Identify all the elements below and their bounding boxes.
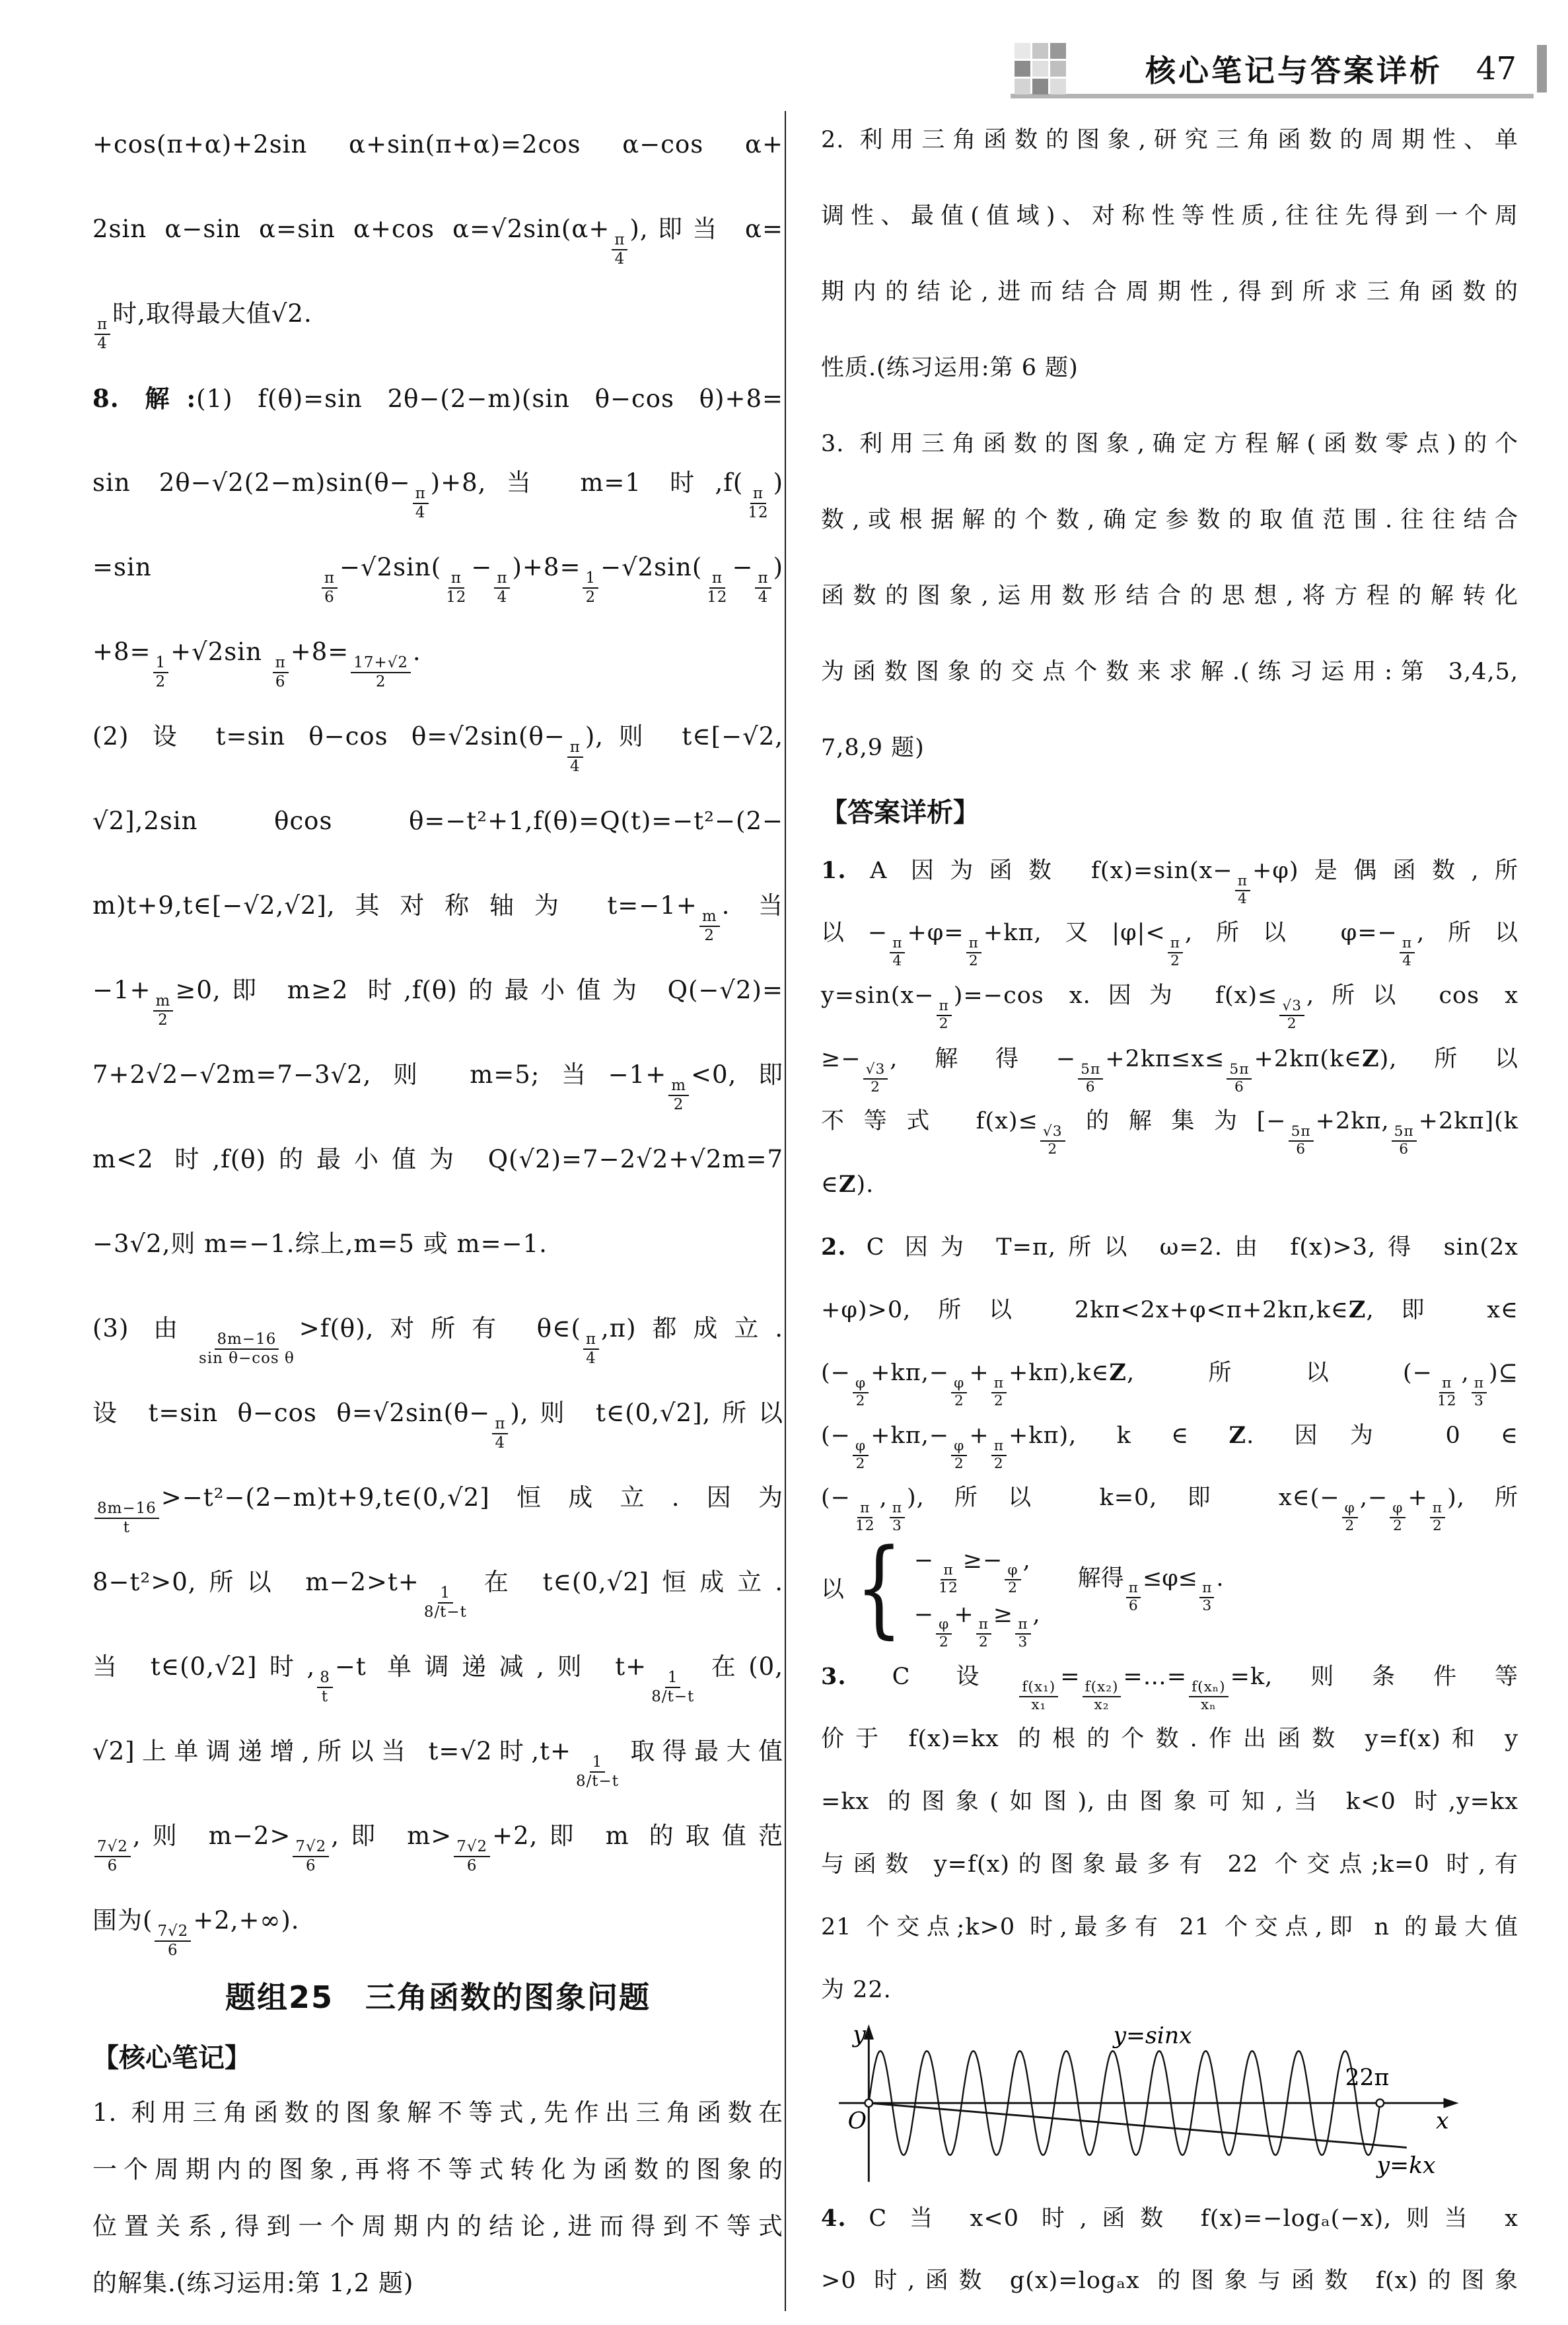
text-line: 7+2√2−√2m=7−3√2,则 m=5;当−1+m2<0,即 <box>92 1033 783 1117</box>
text-line: 性质.(练习运用:第 6 题) <box>821 330 1518 406</box>
x-axis-arrow-icon <box>1444 2098 1459 2108</box>
endpoint-22pi <box>1376 2099 1384 2107</box>
text-line: −1+m2≥0,即 m≥2 时,f(θ)的最小值为 Q(−√2)= <box>92 948 783 1033</box>
logo-square <box>1050 61 1066 77</box>
text-line: −π12≥−φ2, <box>914 1533 1041 1588</box>
system-rows: −π12≥−φ2,−φ2+π2≥π3, <box>914 1533 1041 1642</box>
origin-point <box>865 2099 873 2107</box>
core-notes-label: 【核心笔记】 <box>92 2032 783 2085</box>
curve-label: y=sinx <box>1112 2023 1193 2049</box>
text-line: 为函数图象的交点个数来求解.(练习运用:第 3,4,5, <box>821 634 1518 710</box>
core-note-3: 3. 利用三角函数的图象,确定方程解(函数零点)的个数,或根据解的个数,确定参数… <box>821 406 1518 786</box>
text-line: >0 时,函数 g(x)=logₐx 的图象与函数 f(x)的图象 <box>821 2250 1518 2312</box>
text-line: 8m−16t>−t²−(2−m)t+9,t∈(0,√2]恒成立.因为 <box>92 1456 783 1540</box>
text-line: (2) 设 t=sin θ−cos θ=√2sin(θ−π4),则 t∈[−√2… <box>92 694 783 779</box>
text-line: y=sin(x−π2)=−cos x.因为 f(x)≤√32,所以 cos x <box>821 965 1518 1027</box>
logo-square <box>1032 79 1048 94</box>
left-column: +cos(π+α)+2sin α+sin(π+α)=2cos α−cos α+2… <box>92 102 783 2312</box>
origin-label: O <box>848 2108 867 2135</box>
system-result: 解得π6≤φ≤π3. <box>1078 1560 1224 1615</box>
text-line: (−φ2+kπ,−φ2+π2+kπ), k ∈ Z. 因为 0 ∈ <box>821 1404 1518 1467</box>
kx-line <box>869 2103 1406 2147</box>
y-axis-label: y <box>851 2022 866 2048</box>
text-line: 的解集.(练习运用:第 1,2 题) <box>92 2255 783 2312</box>
text-line: (3) 由8m−16sin θ−cos θ>f(θ),对所有 θ∈(π4,π)都… <box>92 1286 783 1371</box>
text-line: √2]上单调递增,所以当 t=√2时,t+18/t−t取得最大值 <box>92 1709 783 1794</box>
text-line: 与函数 y=f(x)的图象最多有 22 个交点;k=0 时,有 <box>821 1833 1518 1896</box>
text-line: 21 个交点;k>0 时,最多有 21 个交点,即 n 的最大值 <box>821 1896 1518 1959</box>
sine-figure: y O x y=sinx 22π y=kx <box>821 2022 1518 2187</box>
text-line: 3. C 设f(x₁)x₁=f(x₂)x₂=…=f(xₙ)xₙ=k,则条件等 <box>821 1645 1518 1708</box>
text-line: 1. 利用三角函数的图象解不等式,先作出三角函数在 <box>92 2085 783 2141</box>
text-line: √2],2sin θcos θ=−t²+1,f(θ)=Q(t)=−t²−(2− <box>92 779 783 864</box>
text-line: 3. 利用三角函数的图象,确定方程解(函数零点)的个 <box>821 406 1518 482</box>
text-line: =sin π6−√2sin(π12−π4)+8=12−√2sin(π12−π4) <box>92 525 783 610</box>
text-line: 2. 利用三角函数的图象,研究三角函数的周期性、单 <box>821 102 1518 178</box>
text-line: 2. C 因为 T=π,所以 ω=2.由 f(x)>3,得 sin(2x <box>821 1216 1518 1278</box>
left-brace-icon: { <box>855 1535 902 1641</box>
logo-square <box>1015 43 1030 59</box>
text-line: sin 2θ−√2(2−m)sin(θ−π4)+8,当 m=1 时,f(π12) <box>92 441 783 525</box>
logo-square <box>1015 61 1030 77</box>
text-line: 不等式 f(x)≤√32的解集为[−5π6+2kπ,5π6+2kπ](k <box>821 1090 1518 1153</box>
answer-3: 3. C 设f(x₁)x₁=f(x₂)x₂=…=f(xₙ)xₙ=k,则条件等价于… <box>821 1645 1518 2022</box>
logo-square <box>1032 61 1048 77</box>
text-line: m<2 时,f(θ)的最小值为 Q(√2)=7−2√2+√2m=7 <box>92 1117 783 1202</box>
core-notes-paragraph: 1. 利用三角函数的图象解不等式,先作出三角函数在一个周期内的图象,再将不等式转… <box>92 2085 783 2312</box>
text-line: π4时,取得最大值√2. <box>92 272 783 356</box>
answer-1: 1. A 因为函数 f(x)=sin(x−π4+φ)是偶函数,所以−π4+φ=π… <box>821 839 1518 1216</box>
group-heading: 题组25 三角函数的图象问题 <box>92 1963 783 2032</box>
system-prefix: 以 <box>821 1571 844 1604</box>
text-line: (−π12,π3),所以 k=0,即 x∈(−φ2,−φ2+π2),所 <box>821 1467 1518 1530</box>
answer-4: 4. C 当 x<0 时,函数 f(x)=−logₐ(−x),则当 x>0 时,… <box>821 2187 1518 2312</box>
text-line: =kx 的图象(如图),由图象可知,当 k<0 时,y=kx <box>821 1771 1518 1833</box>
core-note-2: 2. 利用三角函数的图象,研究三角函数的周期性、单调性、最值(值域)、对称性等性… <box>821 102 1518 406</box>
text-line: 当 t∈(0,√2]时,8t−t 单调递减,则 t+18/t−t在(0, <box>92 1625 783 1709</box>
right-column: 2. 利用三角函数的图象,研究三角函数的周期性、单调性、最值(值域)、对称性等性… <box>821 102 1518 2312</box>
text-line: +φ)>0,所以 2kπ<2x+φ<π+2kπ,k∈Z,即 x∈ <box>821 1278 1518 1341</box>
page-title: 核心笔记与答案详析 <box>1145 47 1443 91</box>
text-line: 设 t=sin θ−cos θ=√2sin(θ−π4),则 t∈(0,√2],所… <box>92 1371 783 1456</box>
logo-square <box>1050 79 1066 94</box>
text-line: 为 22. <box>821 1959 1518 2022</box>
page-number: 47 <box>1476 50 1516 87</box>
text-line: ≥−√32,解得−5π6+2kπ≤x≤5π6+2kπ(k∈Z),所以 <box>821 1027 1518 1090</box>
text-line: 围为(7√26+2,+∞). <box>92 1878 783 1963</box>
text-line: 数,或根据解的个数,确定参数的取值范围.往往结合 <box>821 482 1518 558</box>
text-line: 调性、最值(值域)、对称性等性质,往往先得到一个周 <box>821 178 1518 254</box>
logo-square <box>1050 43 1066 59</box>
text-line: (−φ2+kπ,−φ2+π2+kπ),k∈Z,所以(−π12,π3)⊆ <box>821 1341 1518 1404</box>
text-line: −φ2+π2≥π3, <box>914 1588 1041 1642</box>
carryover-paragraph: +cos(π+α)+2sin α+sin(π+α)=2cos α−cos α+2… <box>92 102 783 356</box>
text-line: 一个周期内的图象,再将不等式转化为函数的图象的 <box>92 2141 783 2198</box>
text-line: 期内的结论,进而结合周期性,得到所求三角函数的 <box>821 254 1518 330</box>
text-line: 4. C 当 x<0 时,函数 f(x)=−logₐ(−x),则当 x <box>821 2187 1518 2250</box>
line-label: y=kx <box>1376 2153 1437 2179</box>
text-line: 位置关系,得到一个周期内的结论,进而得到不等式 <box>92 2198 783 2255</box>
answer-label: 【答案详析】 <box>821 786 1518 839</box>
text-line: 2sin α−sin α=sin α+cos α=√2sin(α+π4),即当 … <box>92 187 783 272</box>
text-line: ∈Z). <box>821 1153 1518 1216</box>
text-line: m)t+9,t∈[−√2,√2],其对称轴为 t=−1+m2. 当 <box>92 864 783 948</box>
endpoint-label: 22π <box>1345 2065 1389 2091</box>
text-line: +8=12+√2sin π6+8=17+√22. <box>92 610 783 694</box>
x-axis-label: x <box>1436 2108 1449 2135</box>
logo-square <box>1032 43 1048 59</box>
text-line: 函数的图象,运用数形结合的思想,将方程的解转化 <box>821 558 1518 634</box>
text-line: 价于 f(x)=kx 的根的个数.作出函数 y=f(x)和 y <box>821 1708 1518 1771</box>
text-line: +cos(π+α)+2sin α+sin(π+α)=2cos α−cos α+ <box>92 102 783 187</box>
logo-square <box>1015 79 1030 94</box>
text-line: −3√2,则 m=−1.综上,m=5 或 m=−1. <box>92 1202 783 1286</box>
header-edge-bar <box>1537 45 1547 92</box>
text-line: 以−π4+φ=π2+kπ,又|φ|<π2,所以 φ=−π4,所以 <box>821 902 1518 965</box>
inequality-system: 以 { −π12≥−φ2,−φ2+π2≥π3, 解得π6≤φ≤π3. <box>821 1530 1518 1645</box>
problem-8-solution: 8. 解:(1) f(θ)=sin 2θ−(2−m)(sin θ−cos θ)+… <box>92 356 783 1963</box>
text-line: 7,8,9 题) <box>821 710 1518 786</box>
text-line: 1. A 因为函数 f(x)=sin(x−π4+φ)是偶函数,所 <box>821 839 1518 902</box>
text-line: 8. 解:(1) f(θ)=sin 2θ−(2−m)(sin θ−cos θ)+… <box>92 356 783 441</box>
grid-logo-icon <box>1015 43 1066 94</box>
page-header: 核心笔记与答案详析 47 <box>1011 44 1534 98</box>
sine-figure-svg: y O x y=sinx 22π y=kx <box>821 2022 1488 2187</box>
answer-2: 2. C 因为 T=π,所以 ω=2.由 f(x)>3,得 sin(2x+φ)>… <box>821 1216 1518 1530</box>
text-line: 7√26,则 m−2>7√26,即 m>7√26+2,即 m 的取值范 <box>92 1794 783 1878</box>
text-line: 8−t²>0,所以 m−2>t+18/t−t在 t∈(0,√2]恒成立. <box>92 1540 783 1625</box>
column-divider <box>785 111 786 2311</box>
